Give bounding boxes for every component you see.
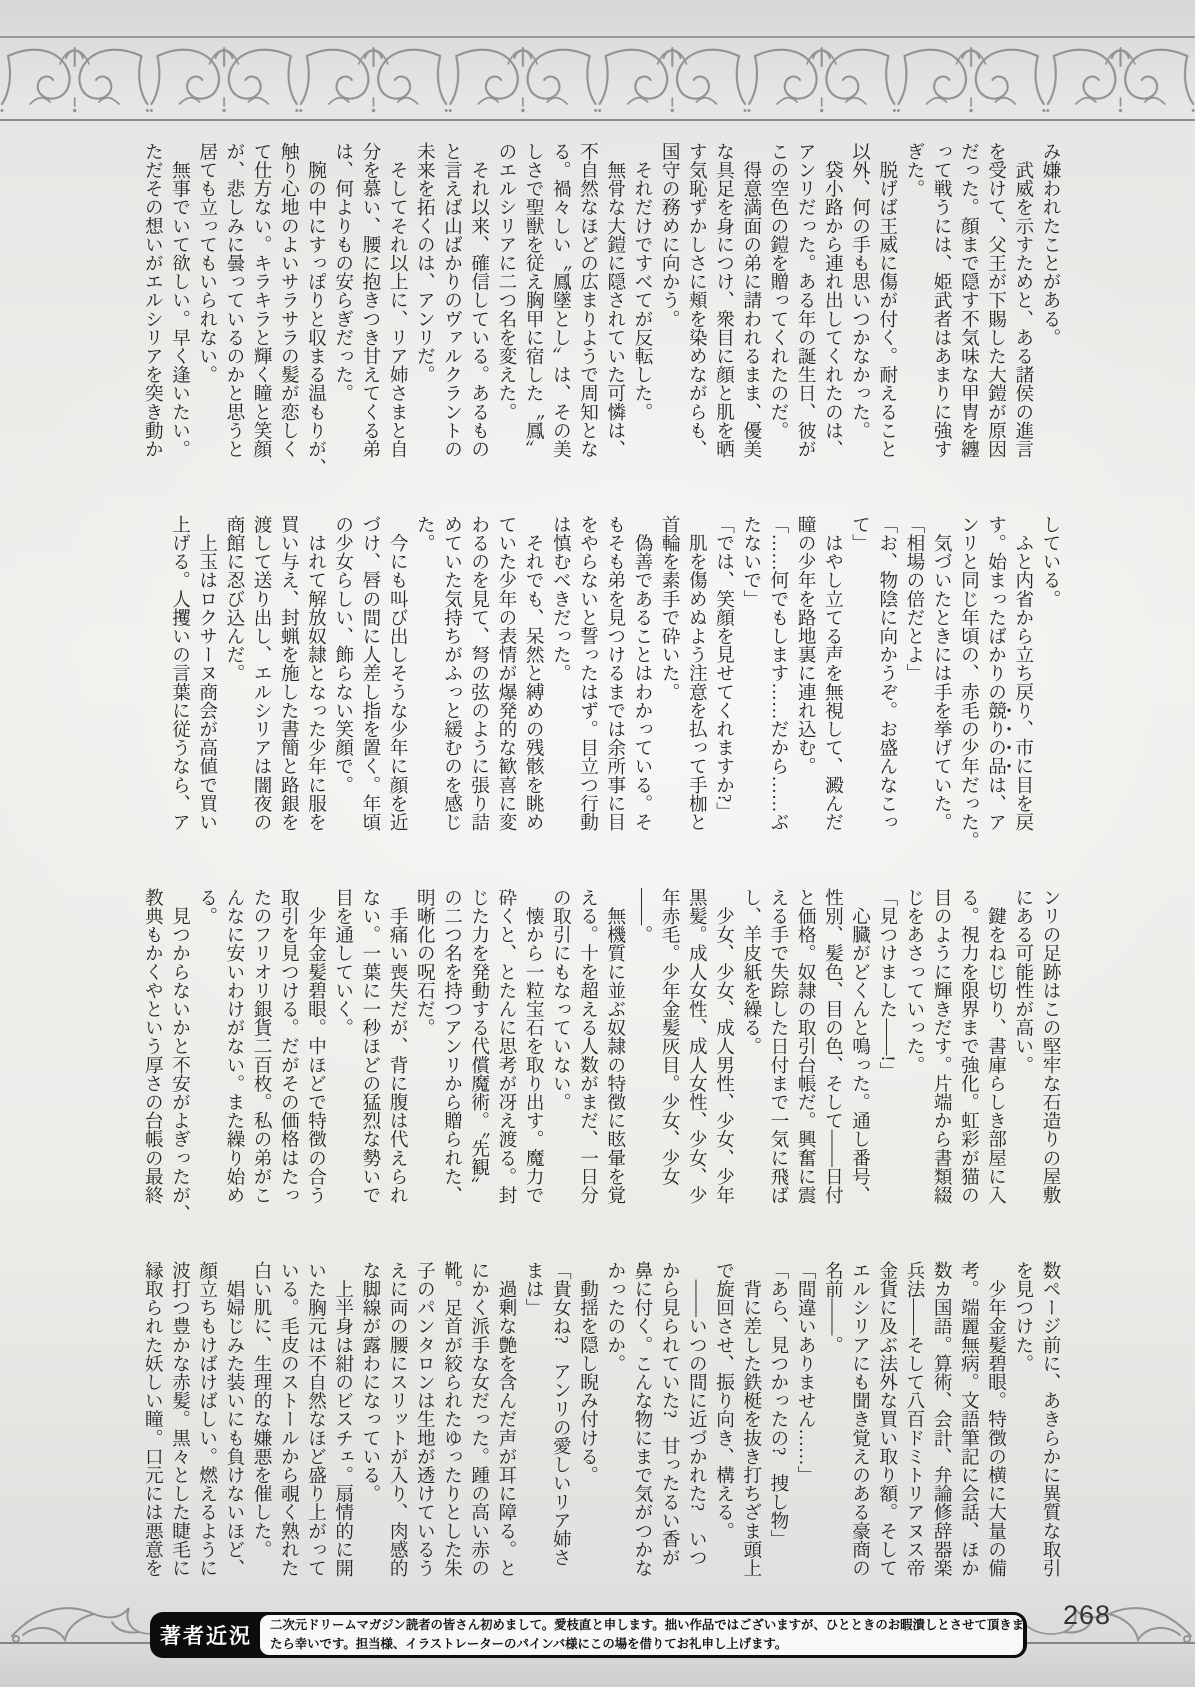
text-column: 少年金髪碧眼。中ほどで特徴の合う xyxy=(302,888,329,1226)
text-column: 首輪を素手で砕いた。 xyxy=(656,515,683,853)
text-column: 上玉はロクサーヌ商会が高値で買い xyxy=(194,515,221,853)
text-band-1: み嫌われたことがある。 武威を示すためと、ある諸侯の進言を受けて、父王が下賜した… xyxy=(139,142,1064,480)
book-page: み嫌われたことがある。 武威を示すためと、ある諸侯の進言を受けて、父王が下賜した… xyxy=(0,0,1195,1687)
text-column: 気づいたときには手を挙げていた。 xyxy=(928,515,955,853)
text-column: は、何よりもの安らぎだった。 xyxy=(330,142,357,480)
top-rule-lower xyxy=(0,119,1195,121)
text-column: 触り心地のよいサラサラの髪が恋しく xyxy=(275,142,302,480)
text-column: 得意満面の弟に請われるまま、優美 xyxy=(738,142,765,480)
text-column: それだけですべてが反転した。 xyxy=(629,142,656,480)
text-column: の少女らしい、飾らない笑顔で。 xyxy=(330,515,357,853)
text-column: 性別、髪色、目の色、そして――日付 xyxy=(819,888,846,1226)
text-column: をやらないと誓ったはず。目立つ行動 xyxy=(574,515,601,853)
text-column: 数カ国語。算術、会計、弁論修辞器楽 xyxy=(928,1261,955,1599)
text-column: 腕の中にすっぽりと収まる温もりが、 xyxy=(302,142,329,480)
text-column: そしてそれ以上に、リア姉さまと自 xyxy=(384,142,411,480)
text-column: ンリの足跡はこの堅牢な石造りの屋敷 xyxy=(1037,888,1064,1226)
text-column: が、悲しみに曇っているのかと思うと xyxy=(221,142,248,480)
text-column: を見つけた。 xyxy=(1010,1261,1037,1599)
text-column: 不自然なほどの広まりようで周知とな xyxy=(574,142,601,480)
text-column: 少年金髪碧眼。特徴の横に大量の備 xyxy=(982,1261,1009,1599)
text-column: 未来を拓くのは、アンリだ。 xyxy=(411,142,438,480)
text-column: のエルシリアに二つ名を変えた。 xyxy=(493,142,520,480)
text-column: から見られていた? 甘ったるい香が xyxy=(656,1261,683,1599)
text-column: 砕くと、とたんに思考が冴え渡る。封 xyxy=(493,888,520,1226)
author-note-bar: 著者近況 二次元ドリームマガジン読者の皆さん初めまして。愛枝直と申します。拙い作… xyxy=(150,1612,1027,1658)
text-column: って戦うには、姫武者はあまりに強す xyxy=(928,142,955,480)
text-column: 明晰化の呪石だ。 xyxy=(411,888,438,1226)
text-column: 「お、物陰に向かうぞ。お盛んなこっ xyxy=(874,515,901,853)
text-column: 波打つ豊かな赤髪。黒々とした睫毛に xyxy=(166,1261,193,1599)
text-column: はれて解放奴隷となった少年に服を xyxy=(302,515,329,853)
text-band-3: ンリの足跡はこの堅牢な石造りの屋敷にある可能性が高い。 鍵をねじ切り、書庫らしき… xyxy=(139,888,1064,1226)
text-column: じをあさっていった。 xyxy=(901,888,928,1226)
text-column: る。禍々しい〝鳳墜とし〟は、その美 xyxy=(547,142,574,480)
text-column: で旋回させ、振り向き、構える。 xyxy=(710,1261,737,1599)
text-column: 兵法――そして八百ドミトリアヌス帝 xyxy=(901,1261,928,1599)
text-column: 武威を示すためと、ある諸侯の進言 xyxy=(1010,142,1037,480)
text-column: 「見つけました――!」 xyxy=(874,888,901,1226)
text-column: えに両の腰にスリットが入り、肉感的 xyxy=(384,1261,411,1599)
text-column: それ以来、確信している。あるもの xyxy=(466,142,493,480)
text-column: 鍵をねじ切り、書庫らしき部屋に入 xyxy=(982,888,1009,1226)
text-column: み嫌われたことがある。 xyxy=(1037,142,1064,480)
text-column: 国守の務めに向かう。 xyxy=(656,142,683,480)
text-column: じた力を発動する代償魔術。〝先観〟 xyxy=(466,888,493,1226)
text-column: もそも弟を見つけるまでは余所事に目 xyxy=(602,515,629,853)
text-column: と言えば山ばかりのヴァルクラントの xyxy=(438,142,465,480)
text-column: て仕方ない。キラキラと輝く瞳と笑顔 xyxy=(248,142,275,480)
text-column: える手で失踪した日付まで一気に飛ば xyxy=(765,888,792,1226)
text-column: んなに安いわけがない。また繰り始め xyxy=(221,888,248,1226)
text-column: 子のパンタロンは生地が透けているう xyxy=(411,1261,438,1599)
text-column: 動揺を隠し睨み付ける。 xyxy=(574,1261,601,1599)
text-column: 「あら、見つかったの? 捜し物」 xyxy=(765,1261,792,1599)
text-column: 教典もかくやという厚さの台帳の最終 xyxy=(139,888,166,1226)
emphasis-dots: ・・・・ xyxy=(1002,701,1012,781)
text-band-2: している。 ふと内省から立ち戻り、市に目を戻す。始まったばかりの競りの品は、アン… xyxy=(166,515,1064,853)
text-column: ていた少年の表情が爆発的な歓喜に変 xyxy=(493,515,520,853)
text-column: だった。顔まで隠す不気味な甲冑を纏 xyxy=(955,142,982,480)
text-column: 金貨に及ぶ法外な買い取り額。そして xyxy=(874,1261,901,1599)
text-column: 「相場の倍だとよ」 xyxy=(901,515,928,853)
text-column: にある可能性が高い。 xyxy=(1010,888,1037,1226)
text-column: たないで」 xyxy=(738,515,765,853)
text-column: な具足を身につけ、衆目に顔と肌を晒 xyxy=(710,142,737,480)
text-column: る。 xyxy=(194,888,221,1226)
text-column: ――いつの間に近づかれた? いつ xyxy=(683,1261,710,1599)
text-column: 名前――。 xyxy=(819,1261,846,1599)
text-column: て」 xyxy=(846,515,873,853)
text-column: 偽善であることはわかっている。そ xyxy=(629,515,656,853)
text-column: 上げる。人攫いの言葉に従うなら、ア xyxy=(166,515,193,853)
text-column: 鼻に付く。こんな物にまで気がつかな xyxy=(629,1261,656,1599)
text-column: 心臓がどくんと鳴った。通し番号、 xyxy=(846,888,873,1226)
text-column: 目のように輝きだす。片端から書類綴 xyxy=(928,888,955,1226)
text-column: ンリと同じ年頃の、赤毛の少年だった。 xyxy=(955,515,982,853)
text-column: いた胸元は不自然なほど盛り上がって xyxy=(302,1261,329,1599)
text-column: 無骨な大鎧に隠されていた可憐は、 xyxy=(602,142,629,480)
text-column: エルシリアにも聞き覚えのある豪商の xyxy=(846,1261,873,1599)
text-column: 無機質に並ぶ奴隷の特徴に眩暈を覚 xyxy=(602,888,629,1226)
text-band-4: 数ページ前に、あきらかに異質な取引を見つけた。 少年金髪碧眼。特徴の横に大量の備… xyxy=(139,1261,1064,1599)
text-column: す気恥ずかしさに頬を染めながらも、 xyxy=(683,142,710,480)
text-column: は慎むべきだった。 xyxy=(547,515,574,853)
text-column: 靴。足首が絞られたゆったりとした朱 xyxy=(438,1261,465,1599)
text-column: それでも、呆然と縛めの残骸を眺め xyxy=(520,515,547,853)
text-column: 袋小路から連れ出してくれたのは、 xyxy=(819,142,846,480)
text-column: この空色の鎧を贈ってくれたのだ。 xyxy=(765,142,792,480)
text-column: 瞳の少年を路地裏に連れ込む。 xyxy=(792,515,819,853)
text-column: ただその想いがエルシリアを突き動か xyxy=(139,142,166,480)
text-column: 数ページ前に、あきらかに異質な取引 xyxy=(1037,1261,1064,1599)
text-column: はやし立てる声を無視して、澱んだ xyxy=(819,515,846,853)
text-column: 縁取られた妖しい瞳。口元には悪意を xyxy=(139,1261,166,1599)
top-rule-upper xyxy=(0,36,1195,38)
text-column: 「間違いありません……」 xyxy=(792,1261,819,1599)
text-column: している。 xyxy=(1037,515,1064,853)
author-note-label: 著者近況 xyxy=(150,1612,262,1658)
text-column: 買い与え、封蝋を施した書簡と路銀を xyxy=(275,515,302,853)
text-column: な脚線が露わになっている。 xyxy=(357,1261,384,1599)
text-column: と価格。奴隷の取引台帳だ。興奮に震 xyxy=(792,888,819,1226)
text-column: めていた気持ちがふっと緩むのを感じ xyxy=(438,515,465,853)
text-column: 上半身は紺のビスチェ。扇情的に開 xyxy=(330,1261,357,1599)
text-column: える。十を超える人数がまだ、一日分 xyxy=(574,888,601,1226)
text-column: 脱げば王威に傷が付く。耐えること xyxy=(874,142,901,480)
text-column: 娼婦じみた装いにも負けないほど、 xyxy=(221,1261,248,1599)
text-column: 肌を傷めぬよう注意を払って手枷と xyxy=(683,515,710,853)
text-column: まは」 xyxy=(520,1261,547,1599)
text-column: 渡して送り出し、エルシリアは闇夜の xyxy=(248,515,275,853)
text-column: 分を慕い、腰に抱きつき甘えてくる弟 xyxy=(357,142,384,480)
text-column: 考。端麗無病。文語筆記に会話、ほか xyxy=(955,1261,982,1599)
acanthus-frieze-icon xyxy=(0,40,1195,118)
text-column: た。 xyxy=(411,515,438,853)
text-column: 懐から一粒宝石を取り出す。魔力で xyxy=(520,888,547,1226)
text-column: 今にも叫び出しそうな少年に顔を近 xyxy=(384,515,411,853)
text-column: 手痛い喪失だが、背に腹は代えられ xyxy=(384,888,411,1226)
text-column: いる。毛皮のストールから覗く熟れた xyxy=(275,1261,302,1599)
text-column: たのフリオリ銀貨二百枚。私の弟がこ xyxy=(248,888,275,1226)
page-number: 268 xyxy=(1063,1600,1111,1631)
text-column: 目を通していく。 xyxy=(330,888,357,1226)
text-column: ない。一葉に一秒ほどの猛烈な勢いで xyxy=(357,888,384,1226)
text-column: 年赤毛。少年金髪灰目。少女、少女 xyxy=(656,888,683,1226)
text-column: ふと内省から立ち戻り、市に目を戻 xyxy=(1010,515,1037,853)
author-note-line-1: 二次元ドリームマガジン読者の皆さん初めまして。愛枝直と申します。拙い作品ではござ… xyxy=(270,1616,1013,1635)
text-column: 居ても立ってもいられない。 xyxy=(194,142,221,480)
text-column: づけ、唇の間に人差し指を置く。年頃 xyxy=(357,515,384,853)
text-column: 取引を見つける。だがその価格はたっ xyxy=(275,888,302,1226)
text-column: にかく派手な女だった。踵の高い赤の xyxy=(466,1261,493,1599)
text-column: 「貴女ね? アンリの愛しいリア姉さ xyxy=(547,1261,574,1599)
text-column: 「では、笑顔を見せてくれますか?」 xyxy=(710,515,737,853)
text-column: かったのか。 xyxy=(602,1261,629,1599)
author-note-line-2: たら幸いです。担当様、イラストレーターのパインバ様にこの場を借りてお礼申し上げま… xyxy=(270,1635,1013,1654)
text-column: 顔立ちもけばけばしい。燃えるように xyxy=(194,1261,221,1599)
text-column: す。始まったばかりの競りの品は、ア xyxy=(982,515,1009,853)
text-column: わるのを見て、弩の弦のように張り詰 xyxy=(466,515,493,853)
text-column: 背に差した鉄梃を抜き打ちざま頭上 xyxy=(738,1261,765,1599)
text-column: し、羊皮紙を繰る。 xyxy=(738,888,765,1226)
text-column: ――。 xyxy=(629,888,656,1226)
text-column: しさで聖獣を従え胸甲に宿した〝鳳〟 xyxy=(520,142,547,480)
text-column: の取引にもなっていない。 xyxy=(547,888,574,1226)
text-column: 黒髪。成人女性、成人女性、少女、少 xyxy=(683,888,710,1226)
text-column: アンリだった。ある年の誕生日、彼が xyxy=(792,142,819,480)
text-column: ぎた。 xyxy=(901,142,928,480)
text-column: 無事でいて欲しい。早く逢いたい。 xyxy=(166,142,193,480)
text-column: 「……何でもします……だから……ぶ xyxy=(765,515,792,853)
text-column: 過剰な艶を含んだ声が耳に障る。と xyxy=(493,1261,520,1599)
text-column: 以外、何の手も思いつかなかった。 xyxy=(846,142,873,480)
text-column: の二つ名を持つアンリから贈られた、 xyxy=(438,888,465,1226)
text-column: る。視力を限界まで強化。虹彩が猫の xyxy=(955,888,982,1226)
author-note-box: 二次元ドリームマガジン読者の皆さん初めまして。愛枝直と申します。拙い作品ではござ… xyxy=(260,1615,1023,1655)
text-column: 商館に忍び込んだ。 xyxy=(221,515,248,853)
text-column: 少女、少女、成人男性、少女、少年 xyxy=(710,888,737,1226)
text-column: 白い肌に、生理的な嫌悪を催した。 xyxy=(248,1261,275,1599)
text-column: を受けて、父王が下賜した大鎧が原因 xyxy=(982,142,1009,480)
text-column: 見つからないかと不安がよぎったが、 xyxy=(166,888,193,1226)
